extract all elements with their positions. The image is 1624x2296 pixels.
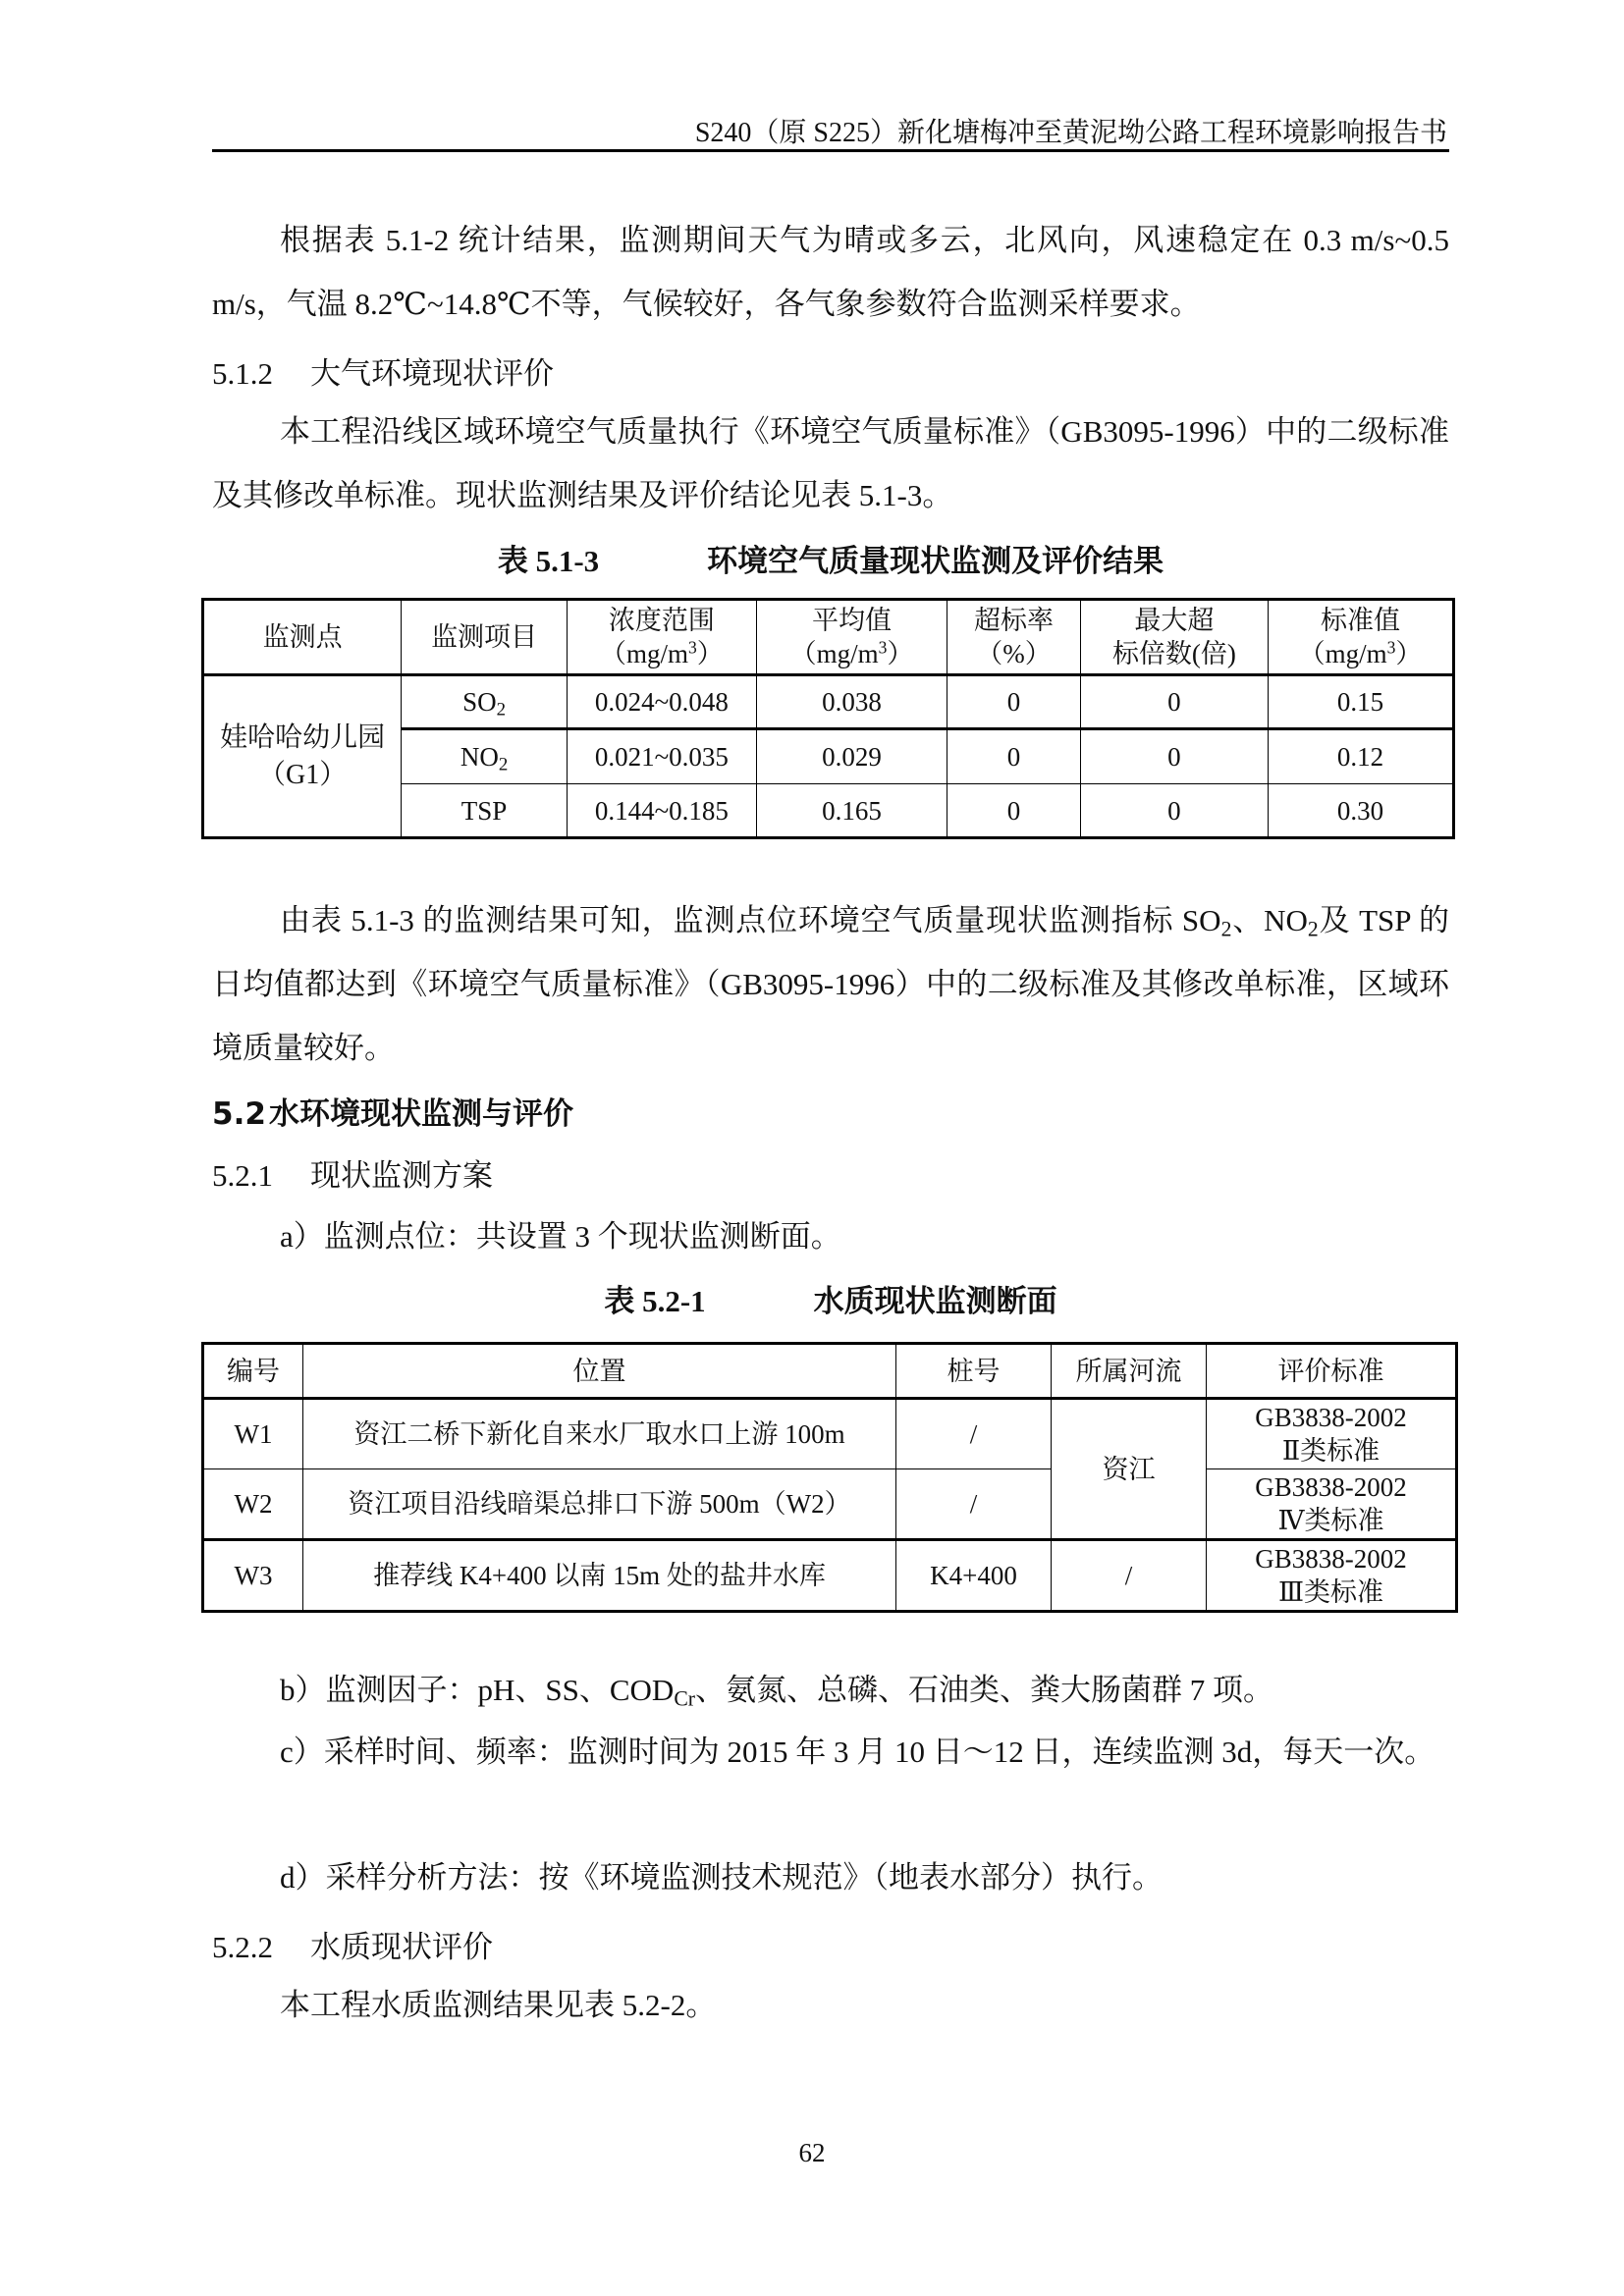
page-number: 62	[0, 2138, 1624, 2168]
col-header-standard: 评价标准	[1207, 1344, 1457, 1399]
table-caption-number: 表 5.1-3	[498, 536, 599, 580]
paragraph-weather-summary: 根据表 5.1-2 统计结果，监测期间天气为晴或多云，北风向，风速稳定在 0.3…	[212, 208, 1449, 336]
table-header-row: 编号 位置 桩号 所属河流 评价标准	[203, 1344, 1457, 1399]
id-cell: W2	[203, 1469, 303, 1540]
exceed-rate-cell: 0	[947, 675, 1081, 729]
range-cell: 0.024~0.048	[567, 675, 756, 729]
location-cell: 推荐线 K4+400 以南 15m 处的盐井水库	[303, 1540, 896, 1612]
item-cell: TSP	[402, 784, 568, 838]
col-header-site: 监测点	[203, 600, 402, 675]
header-rule	[212, 149, 1449, 152]
location-cell: 资江二桥下新化自来水厂取水口上游 100m	[303, 1399, 896, 1469]
item-cell: NO2	[402, 729, 568, 784]
standard-cell: GB3838-2002Ⅱ类标准	[1207, 1399, 1457, 1469]
list-item-a: a）监测点位：共设置 3 个现状监测断面。	[212, 1204, 1449, 1268]
stake-cell: K4+400	[896, 1540, 1052, 1612]
avg-cell: 0.029	[756, 729, 947, 784]
air-quality-table: 监测点 监测项目 浓度范围 （mg/m3） 平均值 （mg/m3） 超标率 （%…	[201, 598, 1455, 839]
col-header-exceed-rate: 超标率 （%）	[947, 600, 1081, 675]
item-cell: SO2	[402, 675, 568, 729]
site-cell: 娃哈哈幼儿园（G1）	[203, 675, 402, 838]
water-section-table: 编号 位置 桩号 所属河流 评价标准 W1 资江二桥下新化自来水厂取水口上游 1…	[201, 1342, 1458, 1613]
river-cell: /	[1052, 1540, 1207, 1612]
section-heading-5-1-2: 5.1.2大气环境现状评价	[212, 348, 554, 393]
id-cell: W3	[203, 1540, 303, 1612]
max-exceed-cell: 0	[1080, 675, 1268, 729]
stake-cell: /	[896, 1469, 1052, 1540]
range-cell: 0.021~0.035	[567, 729, 756, 784]
max-exceed-cell: 0	[1080, 729, 1268, 784]
list-item-c: c）采样时间、频率：监测时间为 2015 年 3 月 10 日～12 日，连续监…	[212, 1720, 1449, 1784]
standard-cell: GB3838-2002Ⅲ类标准	[1207, 1540, 1457, 1612]
exceed-rate-cell: 0	[947, 729, 1081, 784]
max-exceed-cell: 0	[1080, 784, 1268, 838]
section-heading-5-2-1: 5.2.1现状监测方案	[212, 1150, 493, 1195]
table-row: 娃哈哈幼儿园（G1） SO2 0.024~0.048 0.038 0 0 0.1…	[203, 675, 1454, 729]
paragraph-water-results-ref: 本工程水质监测结果见表 5.2-2。	[212, 1973, 1449, 2037]
col-header-river: 所属河流	[1052, 1344, 1207, 1399]
id-cell: W1	[203, 1399, 303, 1469]
section-heading-5-2-2: 5.2.2水质现状评价	[212, 1922, 493, 1966]
avg-cell: 0.165	[756, 784, 947, 838]
col-header-max-exceed: 最大超 标倍数(倍)	[1080, 600, 1268, 675]
table-row: W3 推荐线 K4+400 以南 15m 处的盐井水库 K4+400 / GB3…	[203, 1540, 1457, 1612]
section-heading-5-2: 5.2水环境现状监测与评价	[212, 1089, 573, 1133]
col-header-item: 监测项目	[402, 600, 568, 675]
col-header-stake: 桩号	[896, 1344, 1052, 1399]
range-cell: 0.144~0.185	[567, 784, 756, 838]
location-cell: 资江项目沿线暗渠总排口下游 500m（W2）	[303, 1469, 896, 1540]
section-title: 大气环境现状评价	[310, 356, 554, 391]
table-caption-5-2-1: 表 5.2-1水质现状监测断面	[212, 1276, 1449, 1320]
table-row: W2 资江项目沿线暗渠总排口下游 500m（W2） / GB3838-2002Ⅳ…	[203, 1469, 1457, 1540]
col-header-standard: 标准值 （mg/m3）	[1268, 600, 1453, 675]
standard-cell: GB3838-2002Ⅳ类标准	[1207, 1469, 1457, 1540]
document-header-title: S240（原 S225）新化塘梅冲至黄泥坳公路工程环境影响报告书	[589, 111, 1447, 150]
standard-cell: 0.12	[1268, 729, 1453, 784]
table-caption-5-1-3: 表 5.1-3环境空气质量现状监测及评价结果	[212, 536, 1449, 580]
paragraph-air-standard: 本工程沿线区域环境空气质量执行《环境空气质量标准》（GB3095-1996）中的…	[212, 400, 1449, 527]
col-header-location: 位置	[303, 1344, 896, 1399]
list-item-b: b）监测因子：pH、SS、CODCr、氨氮、总磷、石油类、粪大肠菌群 7 项。	[212, 1658, 1449, 1722]
list-item-d: d）采样分析方法：按《环境监测技术规范》（地表水部分）执行。	[212, 1845, 1449, 1909]
col-header-average: 平均值 （mg/m3）	[756, 600, 947, 675]
avg-cell: 0.038	[756, 675, 947, 729]
standard-cell: 0.30	[1268, 784, 1453, 838]
standard-cell: 0.15	[1268, 675, 1453, 729]
exceed-rate-cell: 0	[947, 784, 1081, 838]
table-header-row: 监测点 监测项目 浓度范围 （mg/m3） 平均值 （mg/m3） 超标率 （%…	[203, 600, 1454, 675]
col-header-range: 浓度范围 （mg/m3）	[567, 600, 756, 675]
col-header-id: 编号	[203, 1344, 303, 1399]
table-row: W1 资江二桥下新化自来水厂取水口上游 100m / 资江 GB3838-200…	[203, 1399, 1457, 1469]
stake-cell: /	[896, 1399, 1052, 1469]
river-cell: 资江	[1052, 1399, 1207, 1540]
section-number: 5.1.2	[212, 356, 310, 392]
paragraph-air-conclusion: 由表 5.1-3 的监测结果可知，监测点位环境空气质量现状监测指标 SO2、NO…	[212, 888, 1449, 1080]
table-caption-title: 环境空气质量现状监测及评价结果	[707, 544, 1164, 579]
